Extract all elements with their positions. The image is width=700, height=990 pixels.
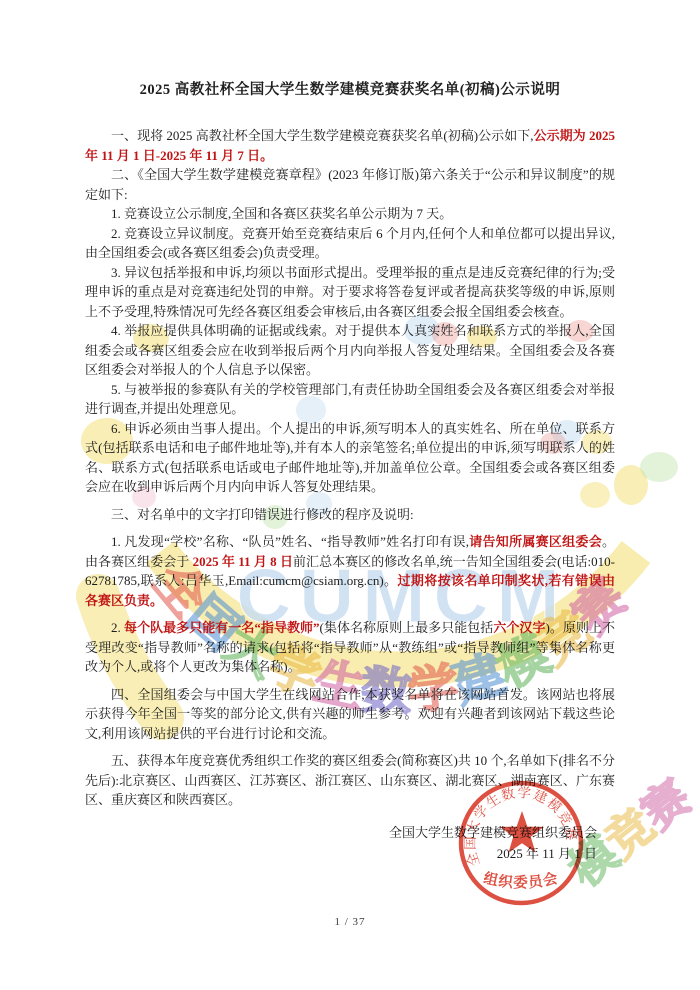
- body-text: 1. 凡发现“学校”名称、“队员”姓名、“指导教师”姓名打印有误,: [111, 534, 469, 549]
- paragraph-10: 1. 凡发现“学校”名称、“队员”姓名、“指导教师”姓名打印有误,请告知所属赛区…: [85, 532, 615, 610]
- svg-text:组织委员会: 组织委员会: [482, 869, 560, 892]
- document-title: 2025 高教社杯全国大学生数学建模竞赛获奖名单(初稿)公示说明: [85, 80, 615, 100]
- body-text: 1. 竞赛设立公示制度,全国和各赛区获奖名单公示期为 7 天。: [111, 206, 452, 221]
- paragraph-13: 五、获得本年度竞赛优秀组织工作奖的赛区组委会(简称赛区)共 10 个,名单如下(…: [85, 751, 615, 810]
- body-text: 3. 异议包括举报和申诉,均须以书面形式提出。受理举报的重点是违反竞赛纪律的行为…: [85, 265, 615, 319]
- document-page: CUMCM 全国大学生数学建模竞赛 模竞赛 2025 高教社杯全国大学生数学建模…: [0, 0, 700, 990]
- paragraph-4: 2. 竞赛设立异议制度。竞赛开始至竞赛结束后 6 个月内,任何个人和单位都可以提…: [85, 224, 615, 263]
- signature-block: 全国大学生数学建模竞赛组织委员会 2025 年 11 月 1 日: [85, 822, 615, 864]
- body-text: 6. 申诉必须由当事人提出。个人提出的申诉,须写明本人的真实姓名、所在单位、联系…: [85, 421, 615, 495]
- paragraph-11: 2. 每个队最多只能有一名“指导教师”(集体名称原则上最多只能包括六个汉字)。原…: [85, 618, 615, 677]
- body-text: 四、全国组委会与中国大学生在线网站合作,本获奖名单将在该网站首发。该网站也将展示…: [85, 687, 615, 741]
- paragraph-5: 3. 异议包括举报和申诉,均须以书面形式提出。受理举报的重点是违反竞赛纪律的行为…: [85, 263, 615, 322]
- body-text: 一、现将 2025 高教社杯全国大学生数学建模竞赛获奖名单(初稿)公示如下,: [111, 128, 534, 143]
- paragraph-1: 一、现将 2025 高教社杯全国大学生数学建模竞赛获奖名单(初稿)公示如下,公示…: [85, 126, 615, 165]
- body-text: 4. 举报应提供具体明确的证据或线索。对于提供本人真实姓名和联系方式的举报人,全…: [85, 323, 615, 377]
- signature-date: 2025 年 11 月 1 日: [85, 843, 597, 864]
- page-number: 1 / 37: [0, 916, 700, 928]
- body-text: 五、获得本年度竞赛优秀组织工作奖的赛区组委会(简称赛区)共 10 个,名单如下(…: [85, 753, 615, 807]
- paragraph-7: 5. 与被举报的参赛队有关的学校管理部门,有责任协助全国组委会及各赛区组委会对举…: [85, 380, 615, 419]
- body-text: 三、对名单中的文字打印错误进行修改的程序及说明:: [111, 507, 414, 522]
- paragraph-12: 四、全国组委会与中国大学生在线网站合作,本获奖名单将在该网站首发。该网站也将展示…: [85, 685, 615, 744]
- stamp-bottom-text: 组织委员会: [482, 869, 560, 892]
- body-text: 2.: [111, 620, 124, 635]
- body-text: 二、《全国大学生数学建模竞赛章程》(2023 年修订版)第六条关于“公示和异议制…: [85, 167, 615, 202]
- body-text: (集体名称原则上最多只能包括: [320, 620, 494, 635]
- document-body: 一、现将 2025 高教社杯全国大学生数学建模竞赛获奖名单(初稿)公示如下,公示…: [85, 126, 615, 810]
- body-text: 2. 竞赛设立异议制度。竞赛开始至竞赛结束后 6 个月内,任何个人和单位都可以提…: [85, 226, 615, 261]
- signature-org: 全国大学生数学建模竞赛组织委员会: [85, 822, 597, 843]
- paragraph-8: 6. 申诉必须由当事人提出。个人提出的申诉,须写明本人的真实姓名、所在单位、联系…: [85, 419, 615, 497]
- emphasized-red-text: 每个队最多只能有一名“指导教师”: [124, 620, 320, 635]
- paragraph-2: 二、《全国大学生数学建模竞赛章程》(2023 年修订版)第六条关于“公示和异议制…: [85, 165, 615, 204]
- emphasized-red-text: 六个汉字: [493, 620, 545, 635]
- paragraph-6: 4. 举报应提供具体明确的证据或线索。对于提供本人真实姓名和联系方式的举报人,全…: [85, 321, 615, 380]
- document-content: 2025 高教社杯全国大学生数学建模竞赛获奖名单(初稿)公示说明 一、现将 20…: [85, 80, 615, 864]
- emphasized-red-text: 请告知所属赛区组委会: [469, 534, 602, 549]
- paragraph-9: 三、对名单中的文字打印错误进行修改的程序及说明:: [85, 505, 615, 525]
- body-text: 5. 与被举报的参赛队有关的学校管理部门,有责任协助全国组委会及各赛区组委会对举…: [85, 382, 615, 417]
- paragraph-3: 1. 竞赛设立公示制度,全国和各赛区获奖名单公示期为 7 天。: [85, 204, 615, 224]
- emphasized-red-text: 2025 年 11 月 8 日: [193, 554, 293, 569]
